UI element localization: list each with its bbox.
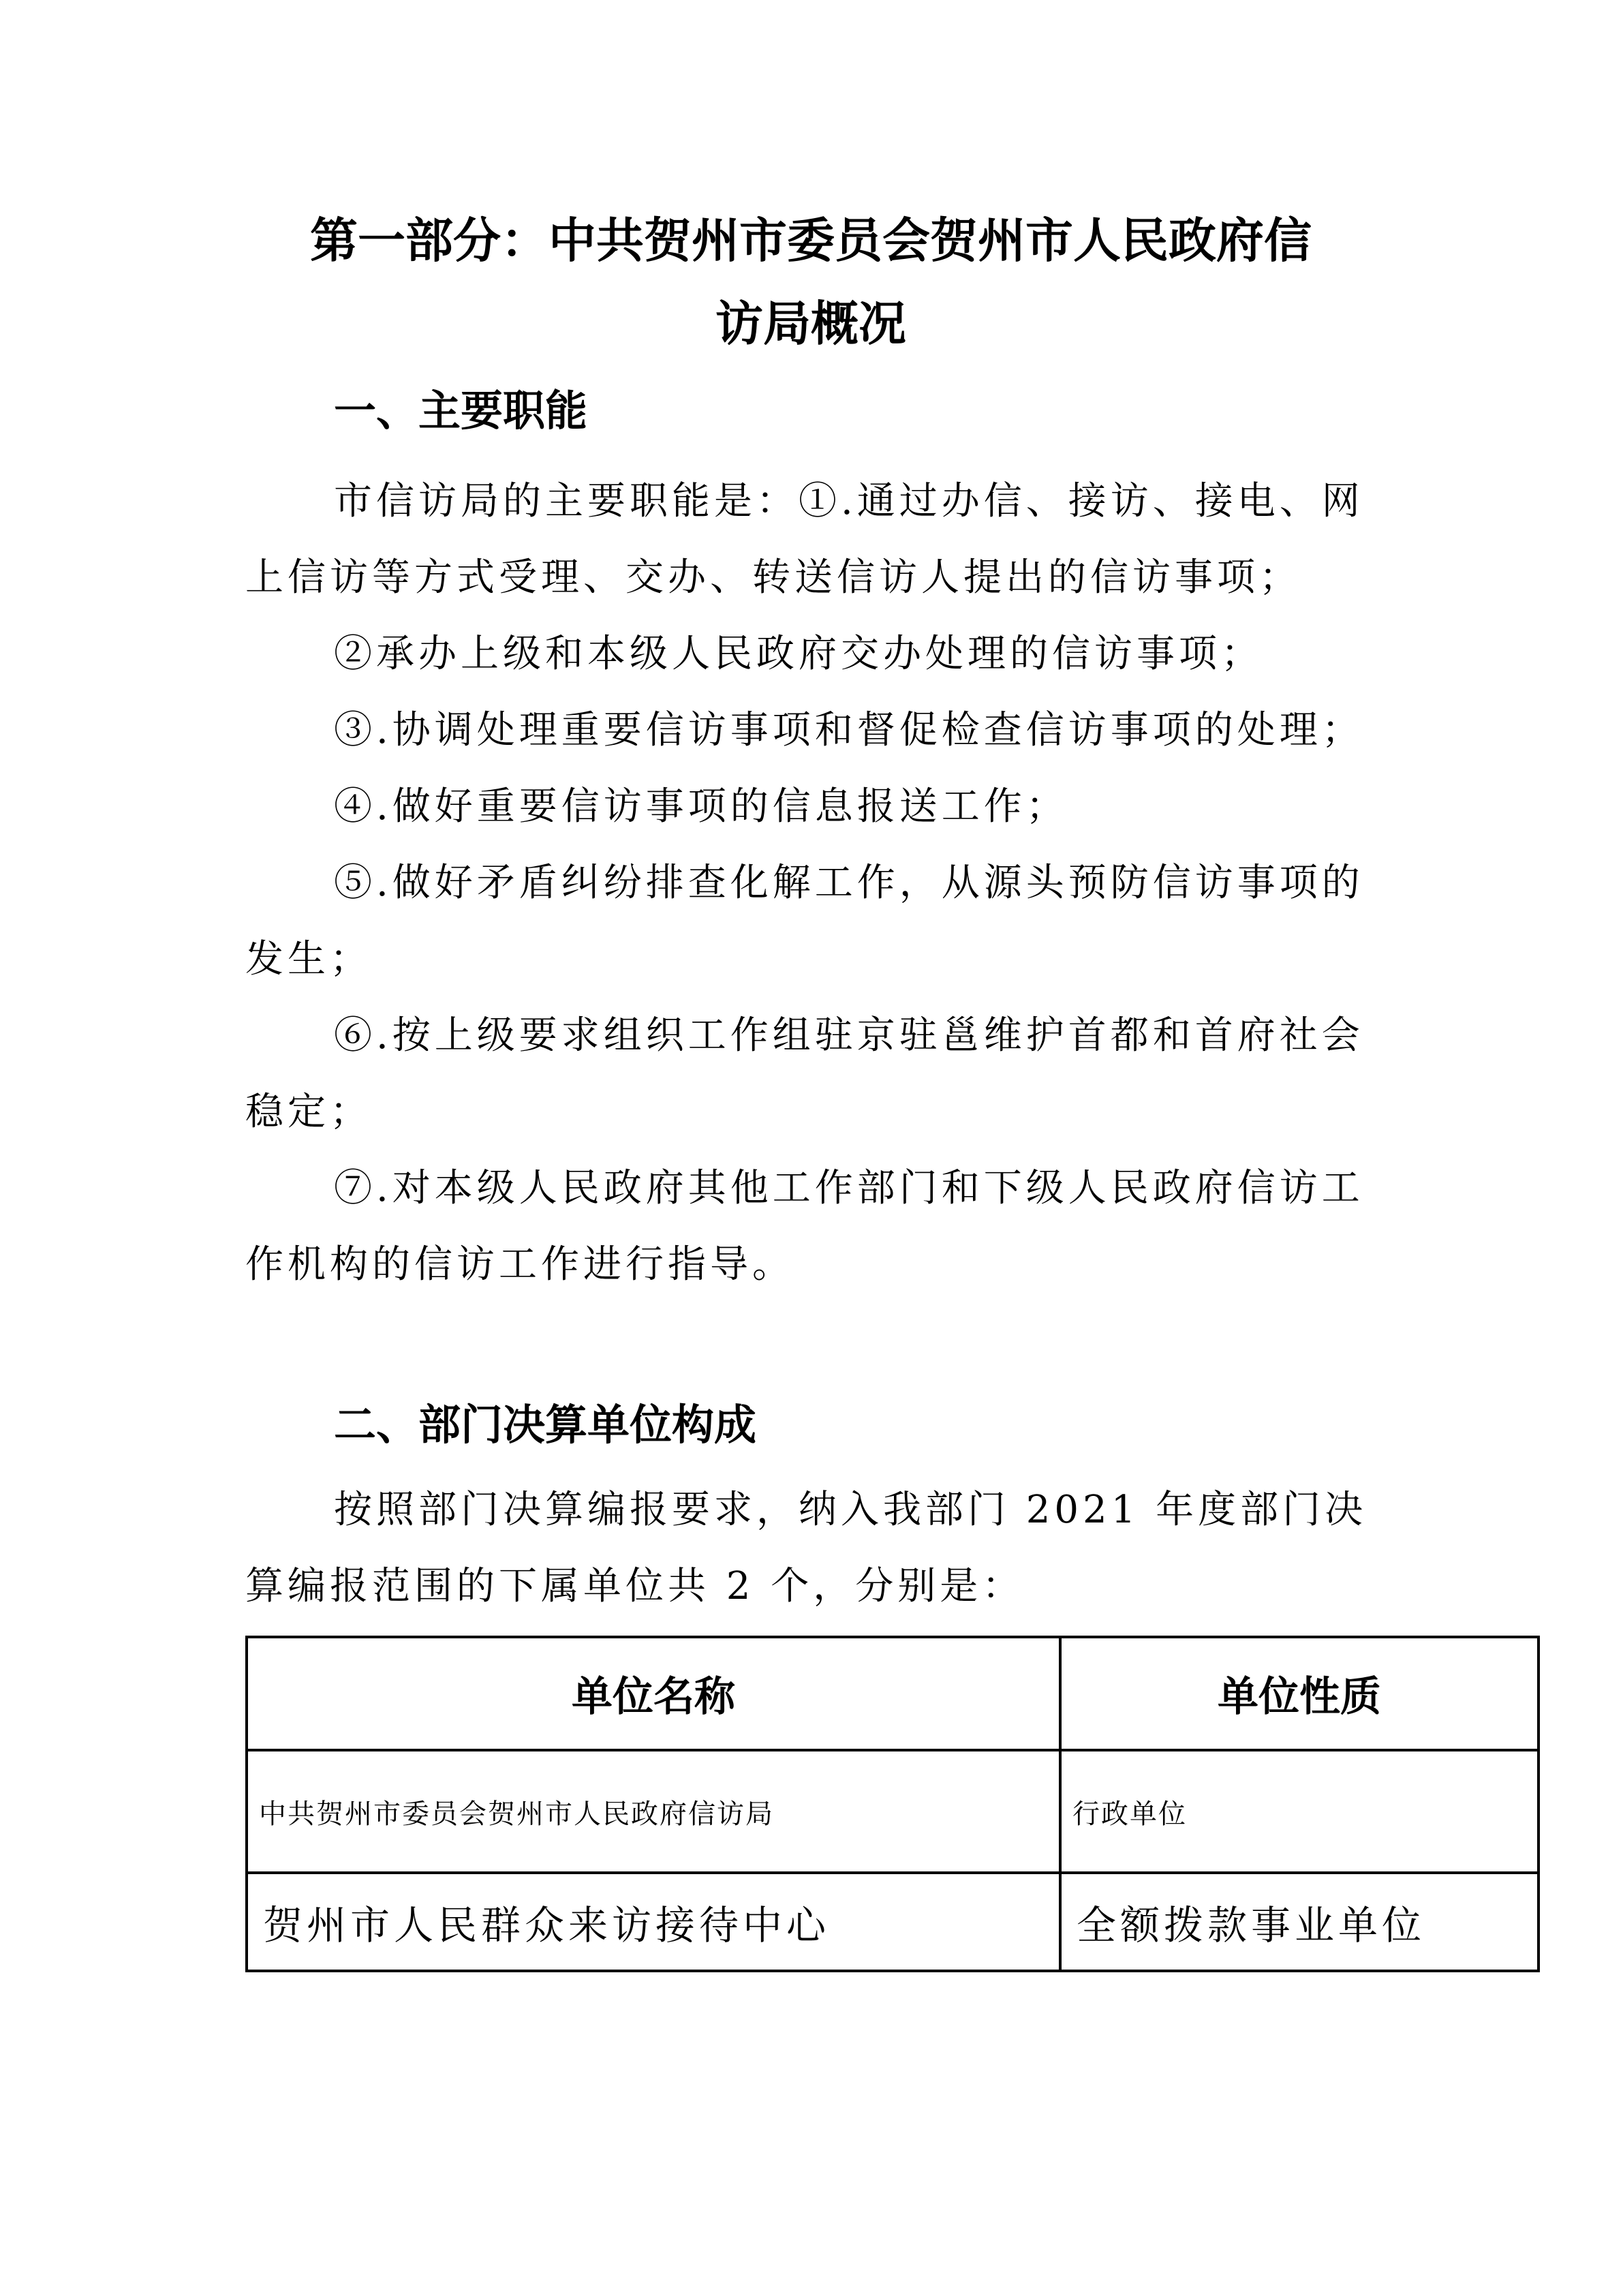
table-header-row: 单位名称 单位性质 (247, 1637, 1539, 1750)
unit-name-cell: 中共贺州市委员会贺州市人民政府信访局 (247, 1750, 1060, 1873)
page-title-line1: 第一部分：中共贺州市委员会贺州市人民政府信 (245, 217, 1376, 264)
header-unit-nature: 单位性质 (1060, 1637, 1539, 1750)
section2-heading: 二、部门决算单位构成 (334, 1404, 756, 1446)
table-row: 中共贺州市委员会贺州市人民政府信访局 行政单位 (247, 1750, 1539, 1873)
function-paragraph-6: ⑥.按上级要求组织工作组驻京驻邕维护首都和首府社会稳定； (245, 998, 1390, 1150)
unit-name-cell: 贺州市人民群众来访接待中心 (247, 1873, 1060, 1971)
function-paragraph-1: 市信访局的主要职能是：①.通过办信、接访、接电、网上信访等方式受理、交办、转送信… (245, 463, 1390, 616)
unit-nature-cell: 全额拨款事业单位 (1060, 1873, 1539, 1971)
function-paragraph-7: ⑦.对本级人民政府其他工作部门和下级人民政府信访工作机构的信访工作进行指导。 (245, 1150, 1390, 1303)
header-unit-name: 单位名称 (247, 1637, 1060, 1750)
function-paragraph-2: ②承办上级和本级人民政府交办处理的信访事项； (245, 616, 1390, 692)
function-paragraph-3: ③.协调处理重要信访事项和督促检查信访事项的处理； (245, 692, 1390, 769)
units-table: 单位名称 单位性质 中共贺州市委员会贺州市人民政府信访局 行政单位 贺州市人民群… (245, 1636, 1540, 1972)
unit-nature-cell: 行政单位 (1060, 1750, 1539, 1873)
document-page: 第一部分：中共贺州市委员会贺州市人民政府信 访局概况 一、主要职能 市信访局的主… (0, 0, 1623, 2296)
page-title-line2: 访局概况 (245, 300, 1376, 348)
function-paragraph-5: ⑤.做好矛盾纠纷排查化解工作，从源头预防信访事项的发生； (245, 845, 1390, 998)
table-row: 贺州市人民群众来访接待中心 全额拨款事业单位 (247, 1873, 1539, 1971)
section1-heading: 一、主要职能 (334, 390, 587, 432)
units-intro-paragraph: 按照部门决算编报要求，纳入我部门 2021 年度部门决算编报范围的下属单位共 2… (245, 1472, 1390, 1625)
function-paragraph-4: ④.做好重要信访事项的信息报送工作； (245, 769, 1390, 845)
